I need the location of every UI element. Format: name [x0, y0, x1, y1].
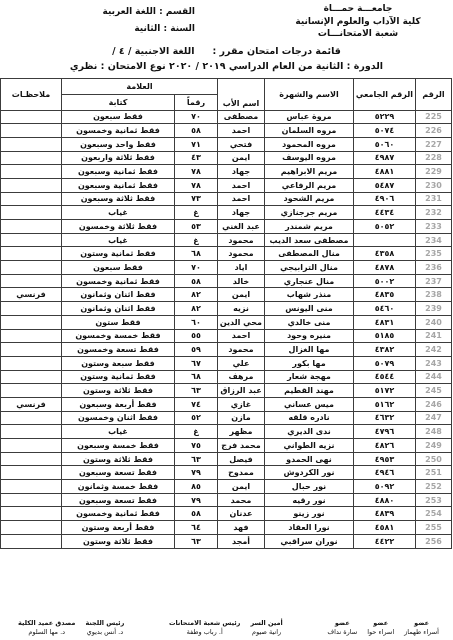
cell-mark-written: فقط أربعة وستون: [61, 521, 174, 535]
cell-notes: [0, 466, 61, 480]
table-row: 251 ٤٩٤٦ نور الكردوش ممدوح ٧٩ فقط تسعة و…: [0, 466, 451, 480]
cell-notes: [0, 315, 61, 329]
cell-university-id: ٥١٧٢: [354, 384, 416, 398]
cell-mark-written: فقط اثنان وثمانون: [61, 302, 174, 316]
exam-title-label: قائمة درجات امتحان مقرر :: [212, 46, 340, 57]
cell-row-number: 245: [416, 384, 452, 398]
cell-mark-written: فقط سبعون: [61, 110, 174, 124]
dean-name: د. مها السلوم: [18, 628, 75, 637]
table-row: 244 ٤٥٤٤ مهجة شعار مرهف ٦٨ فقط ثمانية وس…: [0, 370, 451, 384]
table-row: 231 ٤٩٠٦ مريم الشحود احمد ٧٣ فقط ثلاثة و…: [0, 192, 451, 206]
cell-student-name: مها الغزال: [265, 343, 354, 357]
cell-mark-numeric: ٧٨: [175, 165, 218, 179]
cell-mark-written: فقط اثنان وخمسون: [61, 411, 174, 425]
cell-mark-written: فقط خمسة وخمسون: [61, 329, 174, 343]
cell-row-number: 237: [416, 274, 452, 288]
cell-father-name: عدنان: [218, 507, 265, 521]
cell-row-number: 227: [416, 137, 452, 151]
cell-row-number: 225: [416, 110, 452, 124]
table-row: 235 ٤٣٥٨ منال المصطفى محمود ٦٨ فقط ثماني…: [0, 247, 451, 261]
cell-university-id: ٤٨٢٦: [354, 439, 416, 453]
cell-mark-written: فقط ثمانية وخمسون: [61, 507, 174, 521]
table-row: 240 ٤٨٣١ منى خالدي محي الدين ٦٠ فقط ستون: [0, 315, 451, 329]
cell-mark-written: فقط واحد وسبعون: [61, 137, 174, 151]
cell-notes: [0, 233, 61, 247]
exam-division-head-name: أ. رباب وطفة: [169, 628, 241, 637]
cell-mark-written: فقط ثمانية وستون: [61, 247, 174, 261]
cell-father-name: عبد الرزاق: [218, 384, 265, 398]
cell-mark-written: فقط ثلاثة وستون: [61, 452, 174, 466]
col-header-mark-numeric: رقماً: [175, 94, 218, 110]
cell-university-id: ٤٥٨١: [354, 521, 416, 535]
cell-notes: [0, 384, 61, 398]
table-row: 233 ٥٠٥٢ مريم شمندر عبد الغني ٥٣ فقط ثلا…: [0, 220, 451, 234]
exam-course-name: اللغة الاجنبية / ٤ /: [112, 46, 194, 57]
cell-mark-written: غياب: [61, 425, 174, 439]
cell-university-id: ٤٩٥٣: [354, 452, 416, 466]
cell-mark-numeric: ٦٣: [175, 384, 218, 398]
cell-father-name: محمود: [218, 343, 265, 357]
cell-notes: [0, 507, 61, 521]
cell-mark-numeric: ٧٩: [175, 466, 218, 480]
cell-student-name: نوران سراقبي: [265, 534, 354, 548]
cell-university-id: ٤٤٣٤: [354, 206, 416, 220]
table-row: 246 ٥١٦٢ ميس عساني غازي ٧٤ فقط أربعة وسب…: [0, 397, 451, 411]
cell-student-name: منى خالدي: [265, 315, 354, 329]
cell-university-id: ٤٣٨٢: [354, 343, 416, 357]
table-row: 239 ٥٤٦٠ منى اليونس نزيه ٨٢ فقط اثنان وث…: [0, 302, 451, 316]
table-row: 225 ٥٢٢٩ مروة عباس مصطفى ٧٠ فقط سبعون: [0, 110, 451, 124]
secretary-group: أمين السر رانية صيوم رئيس شعبة الامتحانا…: [169, 618, 283, 637]
cell-father-name: فيصل: [218, 452, 265, 466]
table-row: 253 ٤٨٨٠ نور رقيه محمد ٧٩ فقط تسعة وسبعو…: [0, 493, 451, 507]
cell-mark-numeric: ٧٠: [175, 110, 218, 124]
cell-university-id: ٤٨٣٥: [354, 288, 416, 302]
cell-student-name: منال الترابيجي: [265, 261, 354, 275]
cell-student-name: مريم الرفاعي: [265, 178, 354, 192]
table-row: 236 ٤٨٧٨ منال الترابيجي اياد ٧٠ فقط سبعو…: [0, 261, 451, 275]
cell-row-number: 249: [416, 439, 452, 453]
cell-row-number: 253: [416, 493, 452, 507]
cell-notes: [0, 480, 61, 494]
cell-row-number: 230: [416, 178, 452, 192]
cell-notes: [0, 124, 61, 138]
cell-row-number: 254: [416, 507, 452, 521]
grades-table: الرقم الرقم الجامعي الاسم والشهرة اسم ال…: [0, 78, 452, 549]
committee-head-role: رئيس اللجنة: [85, 618, 124, 628]
organization-block: جامعـــة حمـــاة كلية الآداب والعلوم الإ…: [269, 3, 447, 41]
cell-university-id: ٤٨٣٩: [354, 507, 416, 521]
col-header-notes: ملاحظـات: [0, 78, 61, 110]
table-row: 238 ٤٨٣٥ منذر شهاب ايمن ٨٢ فقط اثنان وثم…: [0, 288, 451, 302]
exams-division: شعبة الامتحانـــات: [269, 28, 447, 41]
cell-university-id: ٥٠٧٩: [354, 356, 416, 370]
cell-student-name: ميس عساني: [265, 397, 354, 411]
cell-row-number: 240: [416, 315, 452, 329]
cell-father-name: احمد: [218, 192, 265, 206]
table-body: 225 ٥٢٢٩ مروة عباس مصطفى ٧٠ فقط سبعون 22…: [0, 110, 451, 548]
cell-father-name: فهد: [218, 521, 265, 535]
dean-endorsement: مصدق عميد الكلية د. مها السلوم: [18, 618, 75, 637]
cell-notes: [0, 261, 61, 275]
cell-notes: [0, 206, 61, 220]
cell-student-name: منذر شهاب: [265, 288, 354, 302]
cell-father-name: محمود: [218, 233, 265, 247]
cell-mark-numeric: ٦٨: [175, 247, 218, 261]
col-header-row-number: الرقم: [416, 78, 452, 110]
cell-university-id: ٥٠٥٢: [354, 220, 416, 234]
cell-father-name: جهاد: [218, 165, 265, 179]
table-header: الرقم الرقم الجامعي الاسم والشهرة اسم ال…: [0, 78, 451, 110]
cell-mark-numeric: ٨٢: [175, 302, 218, 316]
cell-mark-numeric: ٧٣: [175, 192, 218, 206]
cell-notes: [0, 356, 61, 370]
cell-student-name: مريم الابراهيم: [265, 165, 354, 179]
table-row: 243 ٥٠٧٩ مها بكور علي ٦٧ فقط سبعة وستون: [0, 356, 451, 370]
committee-head-name: د. أنس بديوي: [85, 628, 124, 637]
member-2: عضو اسراء حوا: [367, 618, 394, 637]
cell-mark-numeric: ٦٨: [175, 370, 218, 384]
cell-row-number: 243: [416, 356, 452, 370]
cell-mark-numeric: ٥٨: [175, 274, 218, 288]
cell-mark-written: فقط سبعة وستون: [61, 356, 174, 370]
cell-university-id: ٥٠٠٢: [354, 274, 416, 288]
cell-mark-written: فقط تسعة وسبعون: [61, 466, 174, 480]
cell-university-id: ٤٨٣١: [354, 315, 416, 329]
table-row: 247 ٤٦٣٢ نادره قلقه مازن ٥٢ فقط اثنان وخ…: [0, 411, 451, 425]
cell-father-name: ممدوح: [218, 466, 265, 480]
cell-university-id: ٤٨٧٨: [354, 261, 416, 275]
cell-university-id: ٤٩٤٦: [354, 466, 416, 480]
cell-father-name: محمد: [218, 493, 265, 507]
document-header: جامعـــة حمـــاة كلية الآداب والعلوم الإ…: [0, 0, 453, 41]
cell-father-name: محي الدين: [218, 315, 265, 329]
cell-mark-numeric: ٦٧: [175, 356, 218, 370]
exam-title: قائمة درجات امتحان مقرر :اللغة الاجنبية …: [0, 44, 453, 59]
cell-row-number: 247: [416, 411, 452, 425]
cell-mark-written: فقط خمسة وسبعون: [61, 439, 174, 453]
cell-university-id: ٥٢٢٩: [354, 110, 416, 124]
cell-mark-numeric: ٧١: [175, 137, 218, 151]
cell-row-number: 238: [416, 288, 452, 302]
cell-student-name: مريم الشحود: [265, 192, 354, 206]
cell-student-name: مروة عباس: [265, 110, 354, 124]
cell-student-name: نادره قلقه: [265, 411, 354, 425]
cell-row-number: 228: [416, 151, 452, 165]
table-row: 230 ٥٤٨٧ مريم الرفاعي احمد ٧٨ فقط ثمانية…: [0, 178, 451, 192]
department-label: القسم : اللغة العربية: [85, 4, 195, 21]
cell-university-id: ٥٤٨٧: [354, 178, 416, 192]
cell-notes: [0, 137, 61, 151]
cell-mark-written: فقط سبعون: [61, 261, 174, 275]
cell-mark-numeric: ٥٨: [175, 507, 218, 521]
cell-row-number: 235: [416, 247, 452, 261]
cell-row-number: 255: [416, 521, 452, 535]
cell-father-name: أمجد: [218, 534, 265, 548]
signature-footer: عضو أسراء طهماز عضو اسراء حوا عضو سارة ن…: [0, 618, 453, 637]
cell-student-name: نزيه الطواني: [265, 439, 354, 453]
table-row: 249 ٤٨٢٦ نزيه الطواني محمد فرج ٧٥ فقط خم…: [0, 439, 451, 453]
cell-mark-written: فقط ثمانية وخمسون: [61, 124, 174, 138]
cell-mark-written: فقط ثلاثة وخمسون: [61, 220, 174, 234]
member-2-role: عضو: [367, 618, 394, 628]
table-row: 252 ٥٠٩٢ نور حبال ايمن ٨٥ فقط خمسة وثمان…: [0, 480, 451, 494]
cell-student-name: مصطفى سعد الديب: [265, 233, 354, 247]
cell-notes: [0, 452, 61, 466]
cell-notes: [0, 370, 61, 384]
table-row: 227 ٥٠٦٠ مروه المحمود فتحي ٧١ فقط واحد و…: [0, 137, 451, 151]
member-1-role: عضو: [404, 618, 439, 628]
table-row: 234 مصطفى سعد الديب محمود غ غياب: [0, 233, 451, 247]
dean-role: مصدق عميد الكلية: [18, 618, 75, 628]
cell-student-name: نهى الحمدو: [265, 452, 354, 466]
cell-notes: [0, 220, 61, 234]
member-1: عضو أسراء طهماز: [404, 618, 439, 637]
cell-mark-written: فقط ثمانية وسبعون: [61, 165, 174, 179]
cell-notes: [0, 343, 61, 357]
table-row: 255 ٤٥٨١ نورا العقاد فهد ٦٤ فقط أربعة وس…: [0, 521, 451, 535]
cell-notes: [0, 439, 61, 453]
cell-father-name: مازن: [218, 411, 265, 425]
cell-mark-numeric: ٨٢: [175, 288, 218, 302]
cell-mark-written: غياب: [61, 233, 174, 247]
cell-father-name: ايمن: [218, 151, 265, 165]
cell-father-name: غازي: [218, 397, 265, 411]
member-3: عضو سارة نداف: [327, 618, 357, 637]
table-row: 254 ٤٨٣٩ نور زينو عدنان ٥٨ فقط ثمانية وخ…: [0, 507, 451, 521]
table-row: 228 ٤٩٨٧ مروه اليوسف ايمن ٤٣ فقط ثلاثة و…: [0, 151, 451, 165]
table-row: 256 ٤٤٢٢ نوران سراقبي أمجد ٦٣ فقط ثلاثة …: [0, 534, 451, 548]
cell-row-number: 242: [416, 343, 452, 357]
cell-university-id: ٤٧٩٦: [354, 425, 416, 439]
cell-father-name: مظهر: [218, 425, 265, 439]
cell-father-name: محمد فرج: [218, 439, 265, 453]
cell-university-id: ٥٤٦٠: [354, 302, 416, 316]
committee-head: رئيس اللجنة د. أنس بديوي: [85, 618, 124, 637]
secretary: أمين السر رانية صيوم: [250, 618, 282, 637]
cell-father-name: فتحي: [218, 137, 265, 151]
table-row: 250 ٤٩٥٣ نهى الحمدو فيصل ٦٣ فقط ثلاثة وس…: [0, 452, 451, 466]
exam-division-head-role: رئيس شعبة الامتحانات: [169, 618, 241, 628]
cell-mark-written: فقط ثلاثة وستون: [61, 384, 174, 398]
year-label: السنة : الثانية: [85, 21, 195, 38]
department-block: القسم : اللغة العربية السنة : الثانية: [85, 4, 195, 38]
committee-group: رئيس اللجنة د. أنس بديوي مصدق عميد الكلي…: [18, 618, 124, 637]
cell-father-name: احمد: [218, 329, 265, 343]
title-block: قائمة درجات امتحان مقرر :اللغة الاجنبية …: [0, 44, 453, 74]
cell-notes: [0, 329, 61, 343]
cell-notes: [0, 178, 61, 192]
table-row: 229 ٤٨٨١ مريم الابراهيم جهاد ٧٨ فقط ثمان…: [0, 165, 451, 179]
cell-mark-numeric: ٧٨: [175, 178, 218, 192]
col-header-father-name: اسم الأب: [218, 78, 265, 110]
col-header-mark: العلامة: [61, 78, 217, 94]
member-3-name: سارة نداف: [327, 628, 357, 637]
cell-mark-written: غياب: [61, 206, 174, 220]
cell-university-id: [354, 233, 416, 247]
cell-mark-numeric: ٧٥: [175, 439, 218, 453]
cell-father-name: جهاد: [218, 206, 265, 220]
cell-notes: [0, 302, 61, 316]
col-header-student-name: الاسم والشهرة: [265, 78, 354, 110]
exam-session-line: الدورة : الثانية من العام الدراسي ٢٠١٩ /…: [0, 59, 453, 74]
cell-university-id: ٤٨٨٠: [354, 493, 416, 507]
cell-notes: [0, 493, 61, 507]
cell-notes: [0, 274, 61, 288]
cell-mark-numeric: ٤٣: [175, 151, 218, 165]
cell-notes: [0, 534, 61, 548]
cell-row-number: 226: [416, 124, 452, 138]
cell-student-name: مروه المحمود: [265, 137, 354, 151]
cell-student-name: مهجة شعار: [265, 370, 354, 384]
cell-row-number: 231: [416, 192, 452, 206]
cell-university-id: ٤٨٨١: [354, 165, 416, 179]
cell-father-name: خالد: [218, 274, 265, 288]
cell-student-name: منال المصطفى: [265, 247, 354, 261]
cell-mark-written: فقط ثلاثة وسبعون: [61, 192, 174, 206]
table-row: 237 ٥٠٠٢ منال عنجاري خالد ٥٨ فقط ثمانية …: [0, 274, 451, 288]
cell-student-name: مهند القطيم: [265, 384, 354, 398]
cell-mark-numeric: ٥٥: [175, 329, 218, 343]
cell-notes: [0, 165, 61, 179]
member-2-name: اسراء حوا: [367, 628, 394, 637]
cell-row-number: 244: [416, 370, 452, 384]
cell-mark-numeric: ٧٩: [175, 493, 218, 507]
cell-mark-numeric: ٦٠: [175, 315, 218, 329]
cell-student-name: مروه السلمان: [265, 124, 354, 138]
cell-mark-numeric: غ: [175, 206, 218, 220]
cell-mark-written: فقط تسعة وسبعون: [61, 493, 174, 507]
cell-university-id: ٤٩٨٧: [354, 151, 416, 165]
cell-university-id: ٥١٦٢: [354, 397, 416, 411]
cell-mark-numeric: ٧٠: [175, 261, 218, 275]
cell-mark-written: فقط ثلاثة وستون: [61, 534, 174, 548]
cell-row-number: 236: [416, 261, 452, 275]
cell-mark-written: فقط اثنان وثمانون: [61, 288, 174, 302]
exam-division-head: رئيس شعبة الامتحانات أ. رباب وطفة: [169, 618, 241, 637]
faculty-name: كلية الآداب والعلوم الإنسانية: [269, 16, 447, 29]
cell-notes: [0, 110, 61, 124]
cell-notes: [0, 411, 61, 425]
cell-mark-written: فقط تسعة وخمسون: [61, 343, 174, 357]
cell-student-name: مها بكور: [265, 356, 354, 370]
cell-notes: [0, 521, 61, 535]
cell-university-id: ٤٣٥٨: [354, 247, 416, 261]
cell-mark-written: فقط أربعة وسبعون: [61, 397, 174, 411]
cell-father-name: مصطفى: [218, 110, 265, 124]
cell-mark-written: فقط ثمانية وستون: [61, 370, 174, 384]
cell-mark-numeric: غ: [175, 425, 218, 439]
cell-student-name: نور الكردوش: [265, 466, 354, 480]
cell-student-name: مريم شمندر: [265, 220, 354, 234]
cell-student-name: مروه اليوسف: [265, 151, 354, 165]
cell-row-number: 241: [416, 329, 452, 343]
cell-student-name: منى اليونس: [265, 302, 354, 316]
cell-row-number: 246: [416, 397, 452, 411]
grades-document: جامعـــة حمـــاة كلية الآداب والعلوم الإ…: [0, 0, 453, 640]
cell-notes: [0, 192, 61, 206]
cell-student-name: نور رقيه: [265, 493, 354, 507]
cell-university-id: ٥٠٩٢: [354, 480, 416, 494]
table-row: 232 ٤٤٣٤ مريم جرجنازي جهاد غ غياب: [0, 206, 451, 220]
cell-mark-written: فقط خمسة وثمانون: [61, 480, 174, 494]
table-row: 245 ٥١٧٢ مهند القطيم عبد الرزاق ٦٣ فقط ث…: [0, 384, 451, 398]
cell-student-name: منال عنجاري: [265, 274, 354, 288]
cell-student-name: نورا العقاد: [265, 521, 354, 535]
cell-row-number: 256: [416, 534, 452, 548]
cell-row-number: 229: [416, 165, 452, 179]
cell-row-number: 233: [416, 220, 452, 234]
cell-row-number: 239: [416, 302, 452, 316]
cell-university-id: ٥٠٧٤: [354, 124, 416, 138]
cell-student-name: منيره وحود: [265, 329, 354, 343]
cell-father-name: علي: [218, 356, 265, 370]
cell-notes: [0, 247, 61, 261]
cell-student-name: نور حبال: [265, 480, 354, 494]
cell-row-number: 251: [416, 466, 452, 480]
table-row: 226 ٥٠٧٤ مروه السلمان احمد ٥٨ فقط ثمانية…: [0, 124, 451, 138]
cell-university-id: ٥٠٦٠: [354, 137, 416, 151]
col-header-mark-written: كتابة: [61, 94, 174, 110]
cell-father-name: ايمن: [218, 480, 265, 494]
cell-student-name: ندى الديري: [265, 425, 354, 439]
cell-mark-numeric: غ: [175, 233, 218, 247]
cell-row-number: 252: [416, 480, 452, 494]
university-name: جامعـــة حمـــاة: [269, 3, 447, 16]
cell-mark-written: فقط ستون: [61, 315, 174, 329]
cell-father-name: عبد الغني: [218, 220, 265, 234]
cell-mark-numeric: ٦٣: [175, 534, 218, 548]
member-1-name: أسراء طهماز: [404, 628, 439, 637]
cell-mark-written: فقط ثلاثة واربعون: [61, 151, 174, 165]
cell-row-number: 232: [416, 206, 452, 220]
secretary-role: أمين السر: [250, 618, 282, 628]
cell-student-name: نور زينو: [265, 507, 354, 521]
table-row: 248 ٤٧٩٦ ندى الديري مظهر غ غياب: [0, 425, 451, 439]
cell-notes: فرنسي: [0, 288, 61, 302]
cell-university-id: ٤٩٠٦: [354, 192, 416, 206]
cell-notes: [0, 151, 61, 165]
cell-mark-numeric: ٨٥: [175, 480, 218, 494]
cell-mark-numeric: ٥٩: [175, 343, 218, 357]
cell-mark-numeric: ٥٨: [175, 124, 218, 138]
cell-row-number: 250: [416, 452, 452, 466]
cell-row-number: 234: [416, 233, 452, 247]
table-row: 241 ٥١٨٥ منيره وحود احمد ٥٥ فقط خمسة وخم…: [0, 329, 451, 343]
cell-university-id: ٤٦٣٢: [354, 411, 416, 425]
cell-mark-written: فقط ثمانية وسبعون: [61, 178, 174, 192]
cell-father-name: محمود: [218, 247, 265, 261]
cell-father-name: نزيه: [218, 302, 265, 316]
cell-father-name: احمد: [218, 124, 265, 138]
cell-mark-numeric: ٧٤: [175, 397, 218, 411]
cell-university-id: ٥١٨٥: [354, 329, 416, 343]
cell-notes: [0, 425, 61, 439]
member-3-role: عضو: [327, 618, 357, 628]
secretary-name: رانية صيوم: [250, 628, 282, 637]
members-group: عضو أسراء طهماز عضو اسراء حوا عضو سارة ن…: [327, 618, 439, 637]
cell-mark-written: فقط ثمانية وخمسون: [61, 274, 174, 288]
cell-row-number: 248: [416, 425, 452, 439]
cell-father-name: ايمن: [218, 288, 265, 302]
cell-notes: فرنسي: [0, 397, 61, 411]
cell-mark-numeric: ٥٢: [175, 411, 218, 425]
cell-father-name: مرهف: [218, 370, 265, 384]
cell-father-name: احمد: [218, 178, 265, 192]
col-header-university-id: الرقم الجامعي: [354, 78, 416, 110]
cell-mark-numeric: ٦٣: [175, 452, 218, 466]
cell-father-name: اياد: [218, 261, 265, 275]
